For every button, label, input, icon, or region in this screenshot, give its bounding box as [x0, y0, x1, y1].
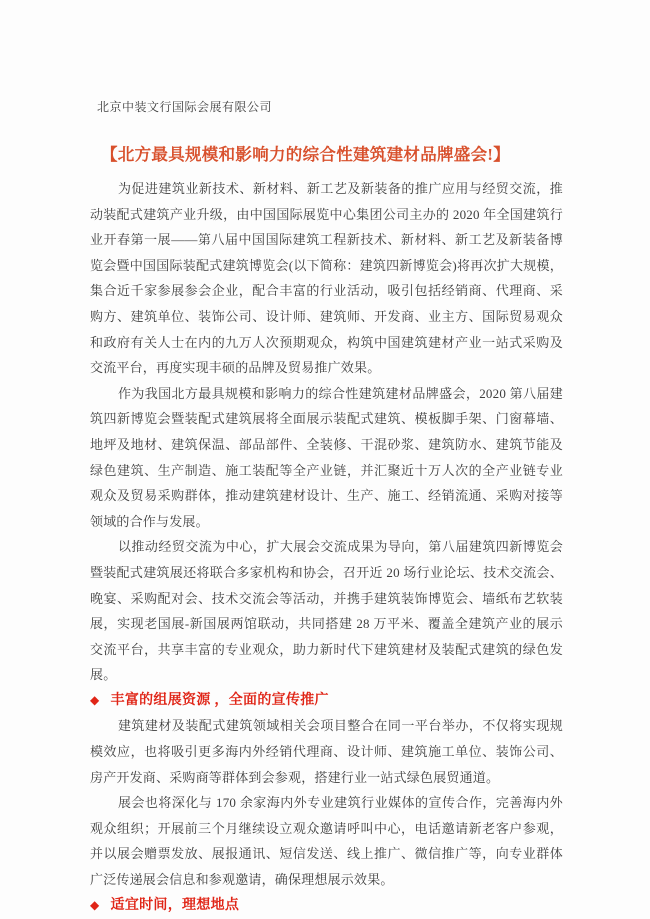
diamond-bullet-icon: ◆ [90, 688, 100, 714]
section-heading: ◆ 丰富的组展资源 ，全面的宣传推广 [90, 688, 563, 714]
diamond-bullet-icon: ◆ [90, 893, 100, 919]
body-paragraph: 作为我国北方最具规模和影响力的综合性建筑建材品牌盛会，2020 第八届建筑四新博… [90, 381, 563, 535]
body-paragraph: 建筑建材及装配式建筑领域相关会项目整合在同一平台举办，不仅将实现规模效应，也将吸… [90, 713, 563, 790]
document-body: 为促进建筑业新技术、新材料、新工艺及新装备的推广应用与经贸交流，推动装配式建筑产… [90, 176, 563, 918]
body-paragraph: 为促进建筑业新技术、新材料、新工艺及新装备的推广应用与经贸交流，推动装配式建筑产… [90, 176, 563, 381]
company-name: 北京中装文行国际会展有限公司 [97, 99, 272, 115]
body-paragraph: 展会也将深化与 170 余家海内外专业建筑行业媒体的宣传合作，完善海内外观众组织… [90, 790, 563, 892]
section-heading: ◆ 适宜时间，理想地点 [90, 893, 563, 919]
document-title: 【北方最具规模和影响力的综合性建筑建材品牌盛会!】 [101, 143, 574, 167]
section-heading-text: 适宜时间，理想地点 [111, 893, 240, 919]
body-paragraph: 以推动经贸交流为中心，扩大展会交流成果为导向，第八届建筑四新博览会暨装配式建筑展… [90, 534, 563, 688]
document-page: 北京中装文行国际会展有限公司 【北方最具规模和影响力的综合性建筑建材品牌盛会!】… [0, 0, 650, 919]
section-heading-text: 丰富的组展资源 ，全面的宣传推广 [111, 688, 329, 714]
